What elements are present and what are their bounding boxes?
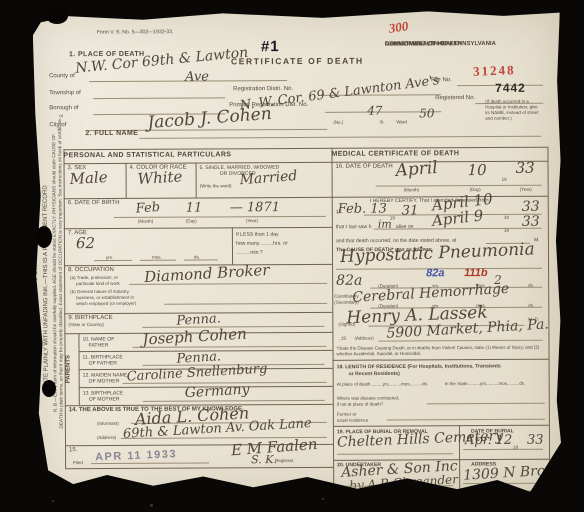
occupation-b-label-3: which employed (or employer) <box>76 301 136 306</box>
dob-day-caption: (Day) <box>186 219 197 224</box>
comma-19-caption: , 19 <box>338 336 345 341</box>
medical-title: MEDICAL CERTIFICATE OF DEATH <box>331 150 459 158</box>
hospital-note: (If death occurred in a Hospital or Inst… <box>485 99 543 122</box>
dust-speck <box>150 504 153 507</box>
full-name-line <box>139 136 541 139</box>
bureau-line: BUREAU OF VITAL STATISTICS <box>385 41 451 46</box>
father-birthplace-label-2: OF FATHER <box>89 360 117 366</box>
age-mos-caption: mos. <box>152 255 162 260</box>
race-value: White <box>137 167 183 188</box>
or-label: or <box>59 113 63 118</box>
where-contracted-label-2: if not at place of death? <box>337 402 384 407</box>
filed-section-number: 15. <box>69 447 77 453</box>
father-name-value: Joseph Cohen <box>142 325 247 349</box>
former-residence-label-2: usual residence <box>337 418 368 423</box>
borough-label: Borough of <box>49 105 78 111</box>
hole-punch <box>36 226 52 248</box>
sex-value: Male <box>69 168 108 188</box>
mother-maiden-label: 12. MAIDEN NAME <box>83 372 128 378</box>
grid-line <box>333 425 549 427</box>
undertaker-address-line <box>463 483 543 484</box>
death-certificate-document: MARGIN RESERVED FOR BINDING WRITE PLAINL… <box>33 11 564 496</box>
mother-birthplace-value: Germany <box>184 382 250 402</box>
margin-binding-label: MARGIN RESERVED FOR BINDING <box>31 103 40 483</box>
age-line <box>140 260 176 261</box>
birthplace-label: 9. BIRTHPLACE <box>68 315 112 321</box>
parents-label: PARENTS <box>65 337 71 401</box>
grid-line <box>63 147 547 151</box>
registration-district-label: Registration Distri. No. <box>233 86 293 92</box>
age-line <box>184 259 218 260</box>
age-ds-caption: ds. <box>194 255 200 260</box>
copy-number-stamp: #1 <box>261 38 280 55</box>
age-yrs-caption: yrs. <box>106 255 113 260</box>
mother-birthplace-line <box>143 400 325 402</box>
last-saw-year: 33 <box>522 214 540 230</box>
to-year-prefix: 19 <box>504 215 509 220</box>
saw-year-prefix: 19 <box>504 228 509 233</box>
father-name-label: 10. NAME OF <box>82 336 114 342</box>
marital-value: Married <box>239 168 298 188</box>
date-of-death-label: 16. DATE OF DEATH <box>336 164 393 170</box>
occupation-line-b <box>164 303 327 305</box>
former-residence-line <box>387 419 545 421</box>
grid-line <box>333 359 549 361</box>
county-handwritten-2: Ave <box>185 69 209 84</box>
age-value: 62 <box>76 234 95 252</box>
grid-line <box>64 227 332 229</box>
dust-speck <box>322 498 324 500</box>
informant-address-caption: (Address) <box>97 435 116 440</box>
county-label: County of <box>49 73 75 79</box>
death-day: 10 <box>468 161 487 179</box>
violent-causes-footnote: *State the Disease Causing Death, or in … <box>336 345 544 357</box>
commonwealth-header: COMMONWEALTH OF PENNSYLVANIA DEPARTMENT … <box>385 41 549 42</box>
st-caption: St. <box>379 120 385 125</box>
last-saw-line <box>374 228 542 230</box>
age-line <box>94 260 132 261</box>
grid-line-vertical <box>196 163 197 198</box>
burial-year-value: 33 <box>527 433 544 448</box>
less-than-day-note-3: ..........min.? <box>236 249 263 255</box>
margin-ink-warning: WRITE PLAINLY WITH UNFADING INK.—THIS IS… <box>42 83 50 493</box>
grid-line-vertical <box>78 333 79 405</box>
where-contracted-label: Where was disease contracted, <box>337 395 400 400</box>
occupation-a-label: (a) Trade, profession, or <box>70 275 118 280</box>
township-line <box>93 97 225 99</box>
ward-no-handwritten: 47 <box>367 104 382 118</box>
former-residence-label: Former or <box>337 412 357 417</box>
ward-handwritten: 50 <box>419 106 434 120</box>
file-no-stamp: 31248 <box>473 62 516 80</box>
last-saw-label: that I last saw h <box>336 224 372 230</box>
death-month: April <box>395 158 439 181</box>
less-than-day-note-2: how many..........hrs. or <box>236 240 288 246</box>
meridiem-caption: M. <box>534 237 540 243</box>
father-name-label-2: FATHER <box>88 342 108 348</box>
mother-maiden-label-2: OF MOTHER <box>89 378 120 384</box>
occupation-b-label-2: business, or establishment in <box>76 295 134 300</box>
burial-place-line <box>337 453 453 455</box>
city-label: City of <box>49 122 66 128</box>
residence-in-state: In the State..........yrs..........mos..… <box>445 381 526 386</box>
form-number: Form V. S. No. 5—302—1932-33. <box>97 29 174 35</box>
death-year-prefix: 19 <box>502 177 507 182</box>
mother-birthplace-label-2: OF MOTHER <box>89 396 120 402</box>
occupation-a-label-2: particular kind of work <box>76 281 120 286</box>
grid-line <box>65 467 333 469</box>
cause-code-handwritten: 82a <box>336 273 362 289</box>
physician-address-line <box>378 340 542 342</box>
grid-line-vertical <box>232 227 233 264</box>
township-label: Township of <box>49 90 81 96</box>
residence-at-place: At place of death..........yrs..........… <box>337 381 428 387</box>
dust-speck <box>52 500 54 502</box>
grid-line-vertical <box>126 163 127 198</box>
dob-line <box>114 216 326 218</box>
cause-of-death-value: Hypostatic Pneumonia <box>340 239 535 267</box>
marital-hint: (Write the word) <box>200 183 232 188</box>
no-caption: (No.) <box>333 120 343 125</box>
residence-label-2: or Recent Residents) <box>349 370 400 376</box>
certificate-title: CERTIFICATE OF DEATH <box>231 56 364 67</box>
death-year-caption: (Year) <box>520 187 532 192</box>
personal-section-header: PERSONAL AND STATISTICAL PARTICULARS <box>63 151 331 152</box>
dob-label: 6. DATE OF BIRTH <box>68 200 120 206</box>
dob-month: Feb <box>135 200 160 217</box>
registered-no-label: Registered No. <box>435 95 475 101</box>
burial-date-line <box>463 449 543 450</box>
dob-year: — 1871 <box>230 200 280 215</box>
full-name-label: 2. FULL NAME <box>85 130 138 137</box>
filed-label: Filed <box>73 460 83 465</box>
red-handwritten-number: 300 <box>388 18 410 37</box>
dob-year-caption: (Year) <box>246 218 258 223</box>
birthplace-hint: (State or Country) <box>68 322 104 327</box>
registrar-signature-initials: S. K. <box>251 453 277 466</box>
residence-label: 18. LENGTH OF RESIDENCE (For Hospitals, … <box>337 363 501 370</box>
where-contracted-line <box>427 403 545 405</box>
grid-line <box>333 491 549 493</box>
torn-hole <box>46 8 68 24</box>
cause-code-red: 111b <box>464 267 488 279</box>
personal-title: PERSONAL AND STATISTICAL PARTICULARS <box>63 151 231 159</box>
ward-caption: Ward <box>396 119 407 124</box>
registrar-caption: Registrar <box>275 458 293 463</box>
attended-from-date: Feb. 13 <box>338 202 387 217</box>
death-month-caption: (Month) <box>404 187 419 192</box>
occupation-label: 8. OCCUPATION <box>68 267 114 273</box>
death-year: 33 <box>516 159 535 177</box>
attended-from-year: 31 <box>402 203 419 218</box>
dob-month-caption: (Month) <box>138 219 153 224</box>
registered-no-value: 7442 <box>495 81 526 95</box>
medical-section-header: MEDICAL CERTIFICATE OF DEATH <box>331 150 547 151</box>
photo-background: MARGIN RESERVED FOR BINDING WRITE PLAINL… <box>0 0 584 512</box>
less-than-day-note-1: If LESS than 1 day <box>236 231 279 237</box>
attended-to-year: 33 <box>522 199 540 215</box>
grid-line-vertical <box>331 148 334 492</box>
county-handwritten: N.W. Cor 69th & Lawton <box>75 45 249 77</box>
informant-caption: (Informant) <box>97 421 119 426</box>
cause-code-blue: 82a <box>426 267 444 279</box>
filed-date-stamp: APR 11 1933 <box>95 448 177 463</box>
occupation-b-label: (b) General nature of industry, <box>70 289 129 294</box>
physician-address-caption: (Address) <box>354 336 373 341</box>
undertaker-line <box>337 485 453 487</box>
hole-punch <box>42 380 56 397</box>
occupation-line-a <box>129 283 327 285</box>
dob-day: 11 <box>186 201 203 216</box>
burial-date-value: Apr. 12 <box>465 433 512 448</box>
date-of-death-line <box>376 185 542 187</box>
